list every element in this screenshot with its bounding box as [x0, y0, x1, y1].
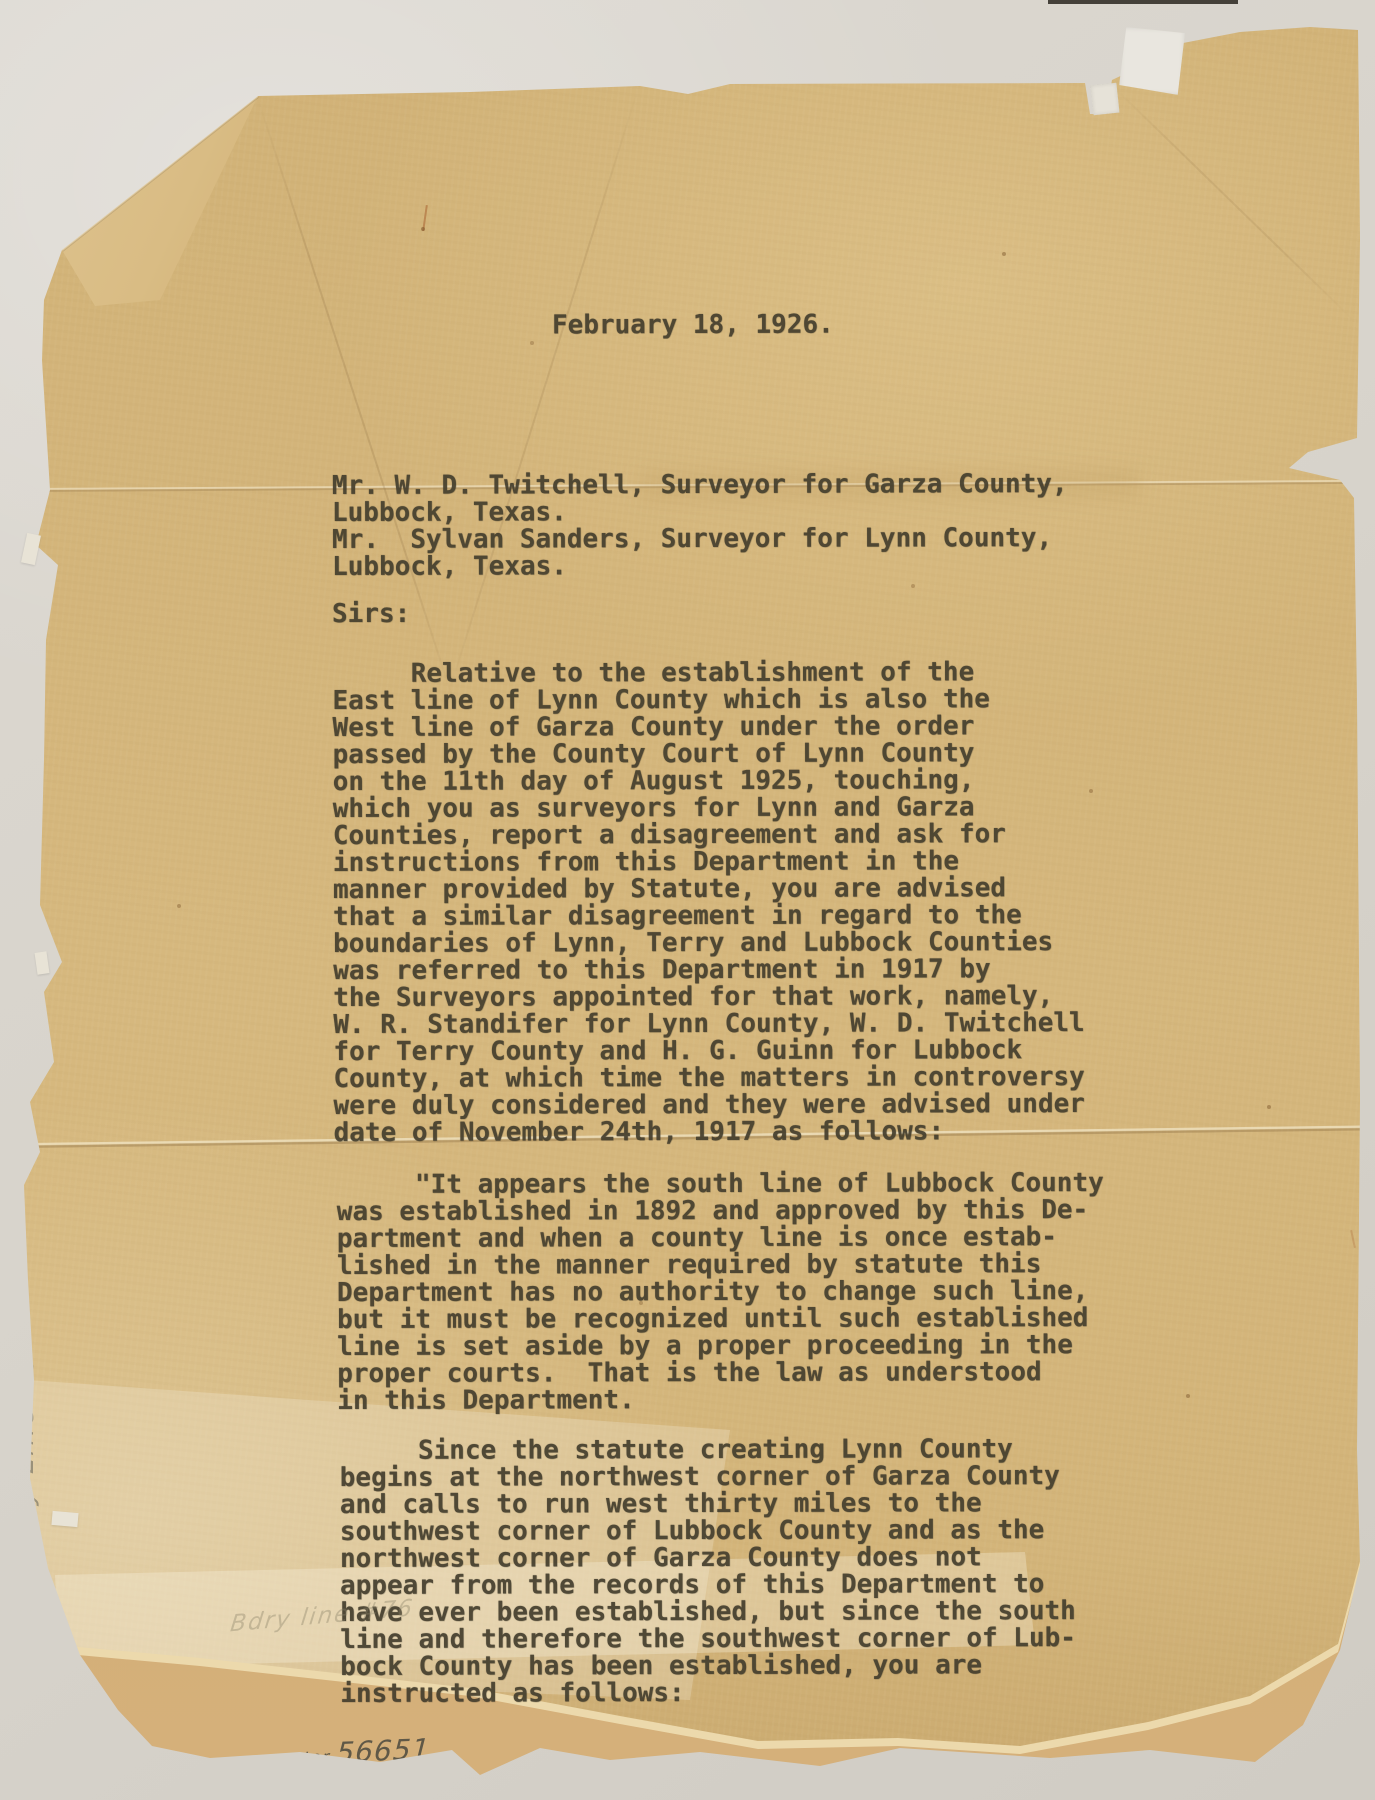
torn-edge-chip	[35, 951, 50, 974]
scanner-edge-artifact	[1048, 0, 1238, 4]
counter-annotation: counter 56651	[257, 1732, 431, 1773]
paragraph-intro: Relative to the establishment of the Eas…	[332, 659, 1085, 1147]
salutation: Sirs:	[332, 601, 410, 628]
date-line: February 18, 1926.	[552, 312, 834, 340]
paper-speckles	[0, 0, 2, 2]
counter-label: counter	[257, 1748, 331, 1771]
recipient-address: Mr. W. D. Twitchell, Surveyor for Garza …	[332, 471, 1068, 581]
scanned-document: February 18, 1926. Mr. W. D. Twitchell, …	[0, 0, 1375, 1800]
letter-page: February 18, 1926. Mr. W. D. Twitchell, …	[0, 0, 1375, 1800]
torn-edge-chip	[21, 533, 41, 565]
margin-note-vertical: Bdry Line 76	[9, 1216, 51, 1563]
counter-number: 56651	[336, 1732, 432, 1769]
torn-edge-chip	[51, 1511, 78, 1527]
tape-fragment	[1091, 83, 1120, 116]
paragraph-quoted-ruling: "It appears the south line of Lubbock Co…	[337, 1170, 1105, 1415]
paragraph-instruction: Since the statute creating Lynn County b…	[340, 1436, 1076, 1708]
tape-fragment	[1119, 27, 1185, 95]
